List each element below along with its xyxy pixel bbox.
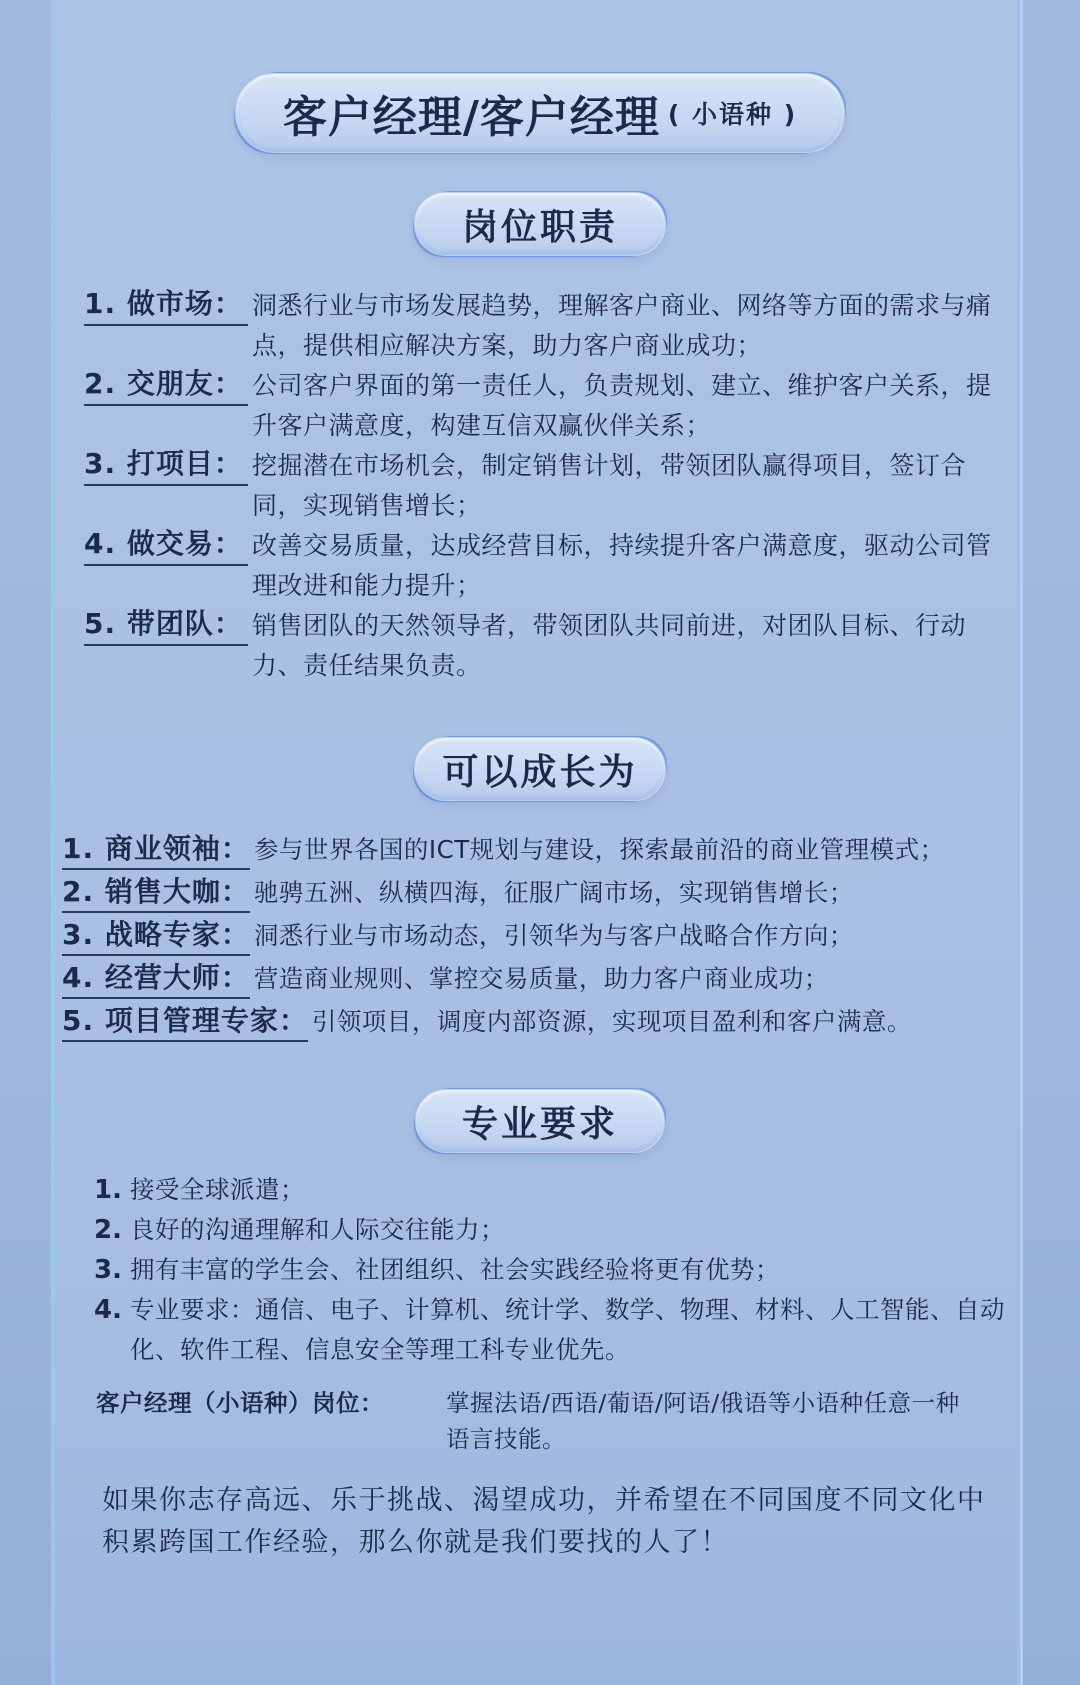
list-item: 1. 做市场： 洞悉行业与市场发展趋势，理解客户商业、网络等方面的需求与痛点，提… (84, 286, 1014, 366)
item-number: 4. (94, 1290, 130, 1370)
item-label: 4. 经营大师： (62, 961, 250, 999)
language-label: 客户经理（小语种）岗位： (96, 1385, 446, 1457)
list-item: 2. 交朋友： 公司客户界面的第一责任人，负责规划、建立、维护客户关系，提升客户… (84, 366, 1014, 446)
item-text: 引领项目，调度内部资源，实现项目盈利和客户满意。 (308, 1004, 1017, 1040)
item-text: 良好的沟通理解和人际交往能力； (130, 1210, 1014, 1250)
list-item: 4. 经营大师： 营造商业规则、掌控交易质量，助力客户商业成功； (62, 961, 1017, 1004)
item-text: 专业要求：通信、电子、计算机、统计学、数学、物理、材料、人工智能、自动化、软件工… (130, 1290, 1014, 1370)
item-label: 2. 交朋友： (84, 366, 248, 406)
item-text: 驰骋五洲、纵横四海，征服广阔市场，实现销售增长； (250, 875, 1017, 911)
item-label: 5. 项目管理专家： (62, 1004, 308, 1042)
list-item: 3. 拥有丰富的学生会、社团组织、社会实践经验将更有优势； (94, 1250, 1014, 1290)
item-number: 3. (94, 1250, 130, 1290)
list-item: 2. 销售大咖： 驰骋五洲、纵横四海，征服广阔市场，实现销售增长； (62, 875, 1017, 918)
item-text: 改善交易质量，达成经营目标，持续提升客户满意度，驱动公司管理改进和能力提升； (248, 526, 1014, 606)
section-heading-requirements: 专业要求 (416, 1090, 664, 1152)
item-label: 3. 打项目： (84, 446, 248, 486)
list-item: 4. 做交易： 改善交易质量，达成经营目标，持续提升客户满意度，驱动公司管理改进… (84, 526, 1014, 606)
item-text: 公司客户界面的第一责任人，负责规划、建立、维护客户关系，提升客户满意度，构建互信… (248, 366, 1014, 446)
list-item: 1. 接受全球派遣； (94, 1170, 1014, 1210)
item-text: 营造商业规则、掌控交易质量，助力客户商业成功； (250, 961, 1017, 997)
list-item: 5. 项目管理专家： 引领项目，调度内部资源，实现项目盈利和客户满意。 (62, 1004, 1017, 1047)
list-item: 4. 专业要求：通信、电子、计算机、统计学、数学、物理、材料、人工智能、自动化、… (94, 1290, 1014, 1370)
title-sub: ( 小语种 ) (668, 95, 797, 131)
list-item: 3. 战略专家： 洞悉行业与市场动态，引领华为与客户战略合作方向； (62, 918, 1017, 961)
item-label: 1. 做市场： (84, 286, 248, 326)
requirements-list: 1. 接受全球派遣； 2. 良好的沟通理解和人际交往能力； 3. 拥有丰富的学生… (94, 1170, 1014, 1370)
item-text: 接受全球派遣； (130, 1170, 1014, 1210)
item-label: 5. 带团队： (84, 606, 248, 646)
item-number: 2. (94, 1210, 130, 1250)
item-text: 洞悉行业与市场动态，引领华为与客户战略合作方向； (250, 918, 1017, 954)
item-label: 1. 商业领袖： (62, 832, 250, 870)
duties-list: 1. 做市场： 洞悉行业与市场发展趋势，理解客户商业、网络等方面的需求与痛点，提… (84, 286, 1014, 686)
list-item: 2. 良好的沟通理解和人际交往能力； (94, 1210, 1014, 1250)
item-text: 拥有丰富的学生会、社团组织、社会实践经验将更有优势； (130, 1250, 1014, 1290)
section-heading-growth: 可以成长为 (415, 738, 665, 800)
page-title: 客户经理/客户经理 ( 小语种 ) (236, 74, 844, 152)
item-number: 1. (94, 1170, 130, 1210)
list-item: 3. 打项目： 挖掘潜在市场机会，制定销售计划，带领团队赢得项目，签订合同，实现… (84, 446, 1014, 526)
item-text: 参与世界各国的ICT规划与建设，探索最前沿的商业管理模式； (250, 832, 1017, 868)
item-label: 4. 做交易： (84, 526, 248, 566)
item-label: 2. 销售大咖： (62, 875, 250, 913)
growth-list: 1. 商业领袖： 参与世界各国的ICT规划与建设，探索最前沿的商业管理模式； 2… (62, 832, 1017, 1047)
item-text: 销售团队的天然领导者，带领团队共同前进，对团队目标、行动力、责任结果负责。 (248, 606, 1014, 686)
language-requirement: 客户经理（小语种）岗位： 掌握法语/西语/葡语/阿语/俄语等小语种任意一种语言技… (96, 1385, 976, 1457)
list-item: 5. 带团队： 销售团队的天然领导者，带领团队共同前进，对团队目标、行动力、责任… (84, 606, 1014, 686)
item-text: 挖掘潜在市场机会，制定销售计划，带领团队赢得项目，签订合同，实现销售增长； (248, 446, 1014, 526)
closing-statement: 如果你志存高远、乐于挑战、渴望成功，并希望在不同国度不同文化中积累跨国工作经验，… (102, 1480, 1002, 1564)
section-heading-duties: 岗位职责 (415, 193, 665, 255)
list-item: 1. 商业领袖： 参与世界各国的ICT规划与建设，探索最前沿的商业管理模式； (62, 832, 1017, 875)
item-text: 洞悉行业与市场发展趋势，理解客户商业、网络等方面的需求与痛点，提供相应解决方案，… (248, 286, 1014, 366)
title-main: 客户经理/客户经理 (283, 81, 660, 145)
item-label: 3. 战略专家： (62, 918, 250, 956)
language-text: 掌握法语/西语/葡语/阿语/俄语等小语种任意一种语言技能。 (446, 1385, 976, 1457)
